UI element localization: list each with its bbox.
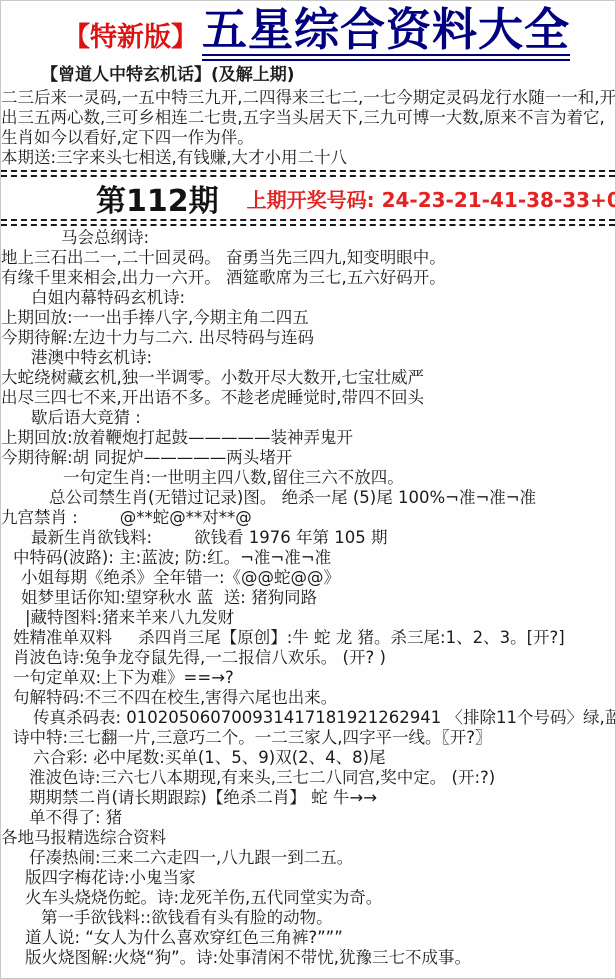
text-line: 有缘千里来相会,出力一六开。 酒筵歌席为三七,五六好码开。 xyxy=(1,268,615,288)
text-line: 九宫禁肖 : @**蛇@**对**@ xyxy=(1,508,615,528)
text-line: 各地马报精选综合资料 xyxy=(1,828,615,848)
text-line: 姓精准单双料 杀四肖三尾【原创】:牛 蛇 龙 猪。杀三尾:1、2、3。[开?] xyxy=(1,628,615,648)
text-line: 最新生肖欲钱料: 欲钱看 1976 年第 105 期 xyxy=(1,528,615,548)
text-line: 六合彩: 必中尾数:买单(1、5、9)双(2、4、8)尾 xyxy=(1,748,615,768)
text-line: 总公司禁生肖(无错过记录)图。 绝杀一尾 (5)尾 100%¬准¬准¬准 xyxy=(1,488,615,508)
text-line: 今期待解:左边十力与二六. 出尽特码与连码 xyxy=(1,328,615,348)
header: 【特新版】 五星综合资料大全 xyxy=(1,1,615,61)
separator-bottom xyxy=(1,219,615,226)
text-line: 中特码(波路): 主:蓝波; 防:红。¬准¬准¬准 xyxy=(1,548,615,568)
text-line: 第一手欲钱料::欲钱看有头有脸的动物。 xyxy=(1,908,615,928)
text-line: 白姐内幕特码玄机诗: xyxy=(1,288,615,308)
text-line: 出尽三四七不来,开出语不多。不趁老虎睡觉时,带四不回头 xyxy=(1,388,615,408)
text-line: 一句定生肖:一世明主四八数,留住三六不放四。 xyxy=(1,468,615,488)
text-line: 地上三石出二一,二十回灵码。 奋勇当先三四九,知变明眼中。 xyxy=(1,248,615,268)
text-line: 上期回放:放着鞭炮打起鼓—————装神弄鬼开 xyxy=(1,428,615,448)
text-line: 生肖如今以看好,定下四一作为伴。 xyxy=(1,128,615,148)
issue-row: 第112期 上期开奖号码: 24-23-21-41-38-33+01 xyxy=(1,179,615,217)
body-lines: 马会总纲诗:地上三石出二一,二十回灵码。 奋勇当先三四九,知变明眼中。有缘千里来… xyxy=(1,228,615,968)
subtitle: 【曾道人中特玄机话】(及解上期) xyxy=(1,64,615,86)
text-line: 火车头烧烧伤蛇。诗:龙死羊伤,五代同堂实为奇。 xyxy=(1,888,615,908)
text-line: 歇后语大竞猜 : xyxy=(1,408,615,428)
edition-tag: 【特新版】 xyxy=(63,23,198,61)
text-line: 传真杀码表: 010205060700931417181921262941 〈排… xyxy=(1,708,615,728)
text-line: 诗中特:三七翻一片,三意巧二个。一二三家人,四字平一线。〖开?〗 xyxy=(1,728,615,748)
text-line: 二三后来一灵码,一五中特三九开,二四得来三七二,一七今期定灵码龙行水随一一和,开 xyxy=(1,88,615,108)
intro-lines: 二三后来一灵码,一五中特三九开,二四得来三七二,一七今期定灵码龙行水随一一和,开… xyxy=(1,88,615,168)
text-line: 肖波色诗:兔争龙夺鼠先得,一二报信八欢乐。 (开? ) xyxy=(1,648,615,668)
text-line: 期期禁二肖(请长期跟踪)【绝杀二肖】 蛇 牛→→ xyxy=(1,788,615,808)
text-line: 港澳中特玄机诗: xyxy=(1,348,615,368)
text-line: 姐梦里话你知:望穿秋水 蓝 送: 猪狗同路 xyxy=(1,588,615,608)
text-line: 句解特码:不三不四在校生,害得六尾也出来。 xyxy=(1,688,615,708)
text-line: 本期送:三字来头七相送,有钱赚,大才小用二十八 xyxy=(1,148,615,168)
text-line: 道人说: “女人为什么喜欢穿红色三角裤?””” xyxy=(1,928,615,948)
text-line: 出三五两心数,三可乡相连二七贵,五字当头居天下,三九可博一大数,原来不言为着它, xyxy=(1,108,615,128)
text-line: 马会总纲诗: xyxy=(1,228,615,248)
text-line: 淮波色诗:三六七八本期现,有来头,三七二八同宫,奖中定。 (开:?) xyxy=(1,768,615,788)
text-line: 版火烧图解:火烧“狗”。诗:处事清闲不带忧,犹豫三七不成事。 xyxy=(1,948,615,968)
text-line: 版四字梅花诗:小鬼当家 xyxy=(1,868,615,888)
text-line: 今期待解:胡 同捉炉—————两头堵开 xyxy=(1,448,615,468)
lottery-info-page: 【特新版】 五星综合资料大全 【曾道人中特玄机话】(及解上期) 二三后来一灵码,… xyxy=(0,0,616,979)
text-line: 一句定单双:上下为难》==→? xyxy=(1,668,615,688)
text-line: |藏特图料:猪来羊来八九发财 xyxy=(1,608,615,628)
issue-number: 第112期 xyxy=(96,176,219,220)
text-line: 单不得了: 猪 xyxy=(1,808,615,828)
separator-top xyxy=(1,170,615,177)
page-title[interactable]: 五星综合资料大全 xyxy=(202,8,570,61)
text-line: 上期回放:一一出手捧八字,今期主角二四五 xyxy=(1,308,615,328)
text-line: 大蛇绕树藏玄机,独一半调零。小数开尽大数开,七宝壮威严 xyxy=(1,368,615,388)
last-draw-numbers: 上期开奖号码: 24-23-21-41-38-33+01 xyxy=(247,184,616,213)
text-line: 仔凑热闹:三来二六走四一,八九跟一到二五。 xyxy=(1,848,615,868)
text-line: 小姐每期《绝杀》全年错一:《@@蛇@@》 xyxy=(1,568,615,588)
